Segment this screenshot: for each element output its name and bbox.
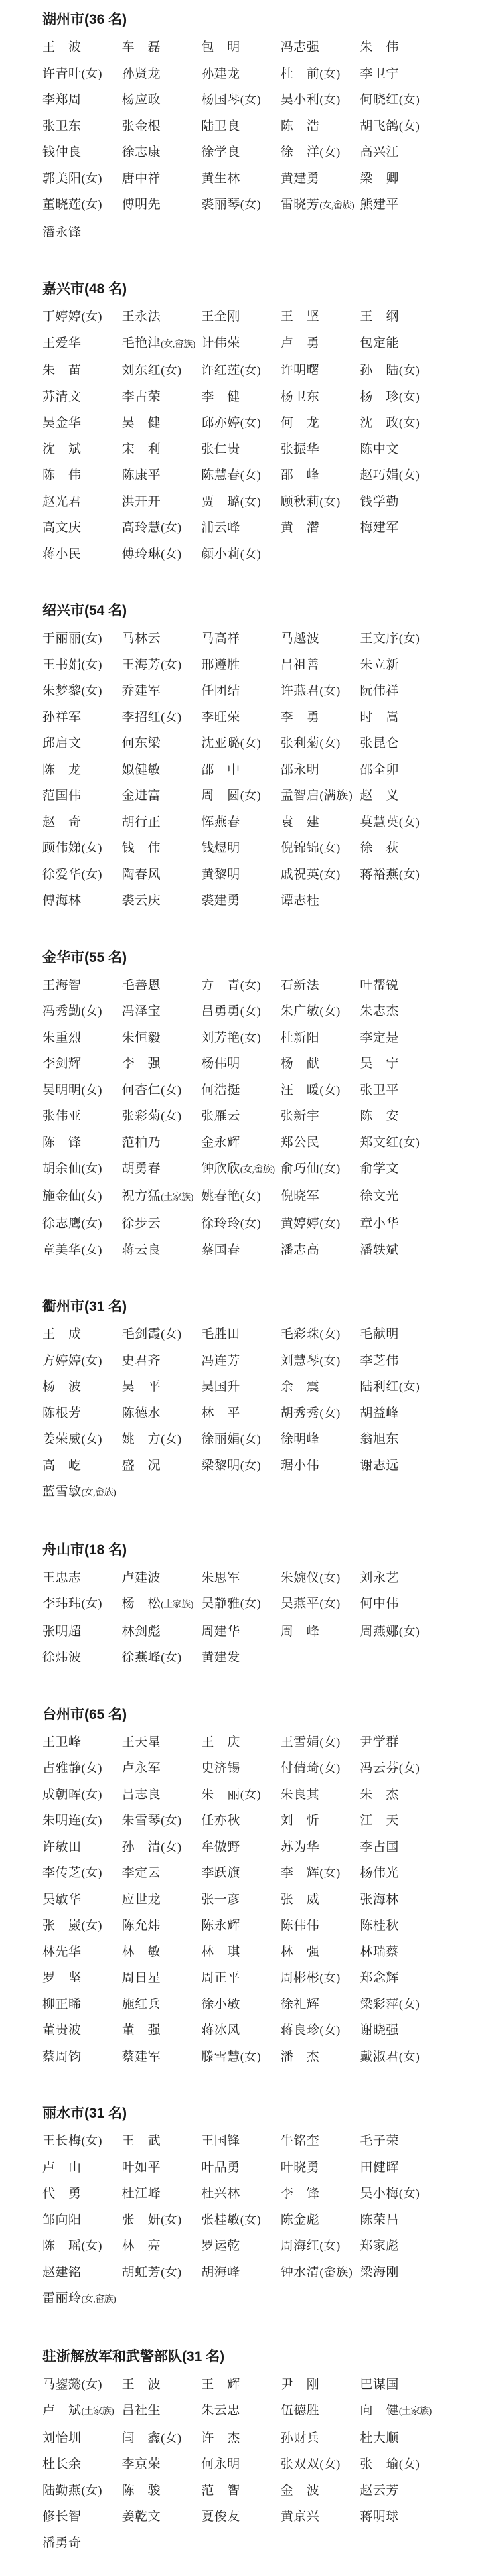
name-cell: 王文序(女) <box>360 626 439 652</box>
name-cell: 胡虹芳(女) <box>122 2260 202 2286</box>
name-cell: 徐文光 <box>360 1184 439 1211</box>
name-cell: 徐玲玲(女) <box>201 1211 281 1237</box>
name-cell: 杨 松(土家族) <box>122 1591 202 1619</box>
name-cell: 施金仙(女) <box>42 1184 122 1211</box>
name-cell: 王海芳(女) <box>122 652 202 679</box>
gender-ethnic-annotation: (女) <box>82 172 103 185</box>
name-cell: 俞巧仙(女) <box>281 1156 360 1184</box>
name-cell: 洪开开 <box>122 489 202 515</box>
name-cell: 陈 浩 <box>281 113 360 140</box>
gender-ethnic-annotation: (女) <box>319 495 341 508</box>
name-cell: 朱良其 <box>281 1782 360 1808</box>
name-cell: 孙 陆(女) <box>360 358 439 384</box>
name-cell: 卢 山 <box>42 2155 122 2181</box>
name-cell: 张昆仑 <box>360 730 439 757</box>
name-cell: 张卫东 <box>42 113 122 140</box>
name-cell: 林 强 <box>281 1939 360 1966</box>
name-cell: 卢永军 <box>122 1755 202 1782</box>
name-cell: 李玮玮(女) <box>42 1591 122 1619</box>
name-grid: 王忠志卢建波朱思军朱婉仪(女)刘永艺李玮玮(女)杨 松(土家族)吴静雅(女)吴燕… <box>42 1565 439 1671</box>
gender-ethnic-annotation: (土家族) <box>161 1600 193 1610</box>
gender-ethnic-annotation: (女) <box>399 2187 420 2200</box>
name-cell: 王书娟(女) <box>42 652 122 679</box>
name-cell: 李定云 <box>122 1860 202 1887</box>
name-cell: 沈 斌 <box>42 437 122 463</box>
gender-ethnic-annotation: (女) <box>82 2134 103 2147</box>
gender-ethnic-annotation: (女) <box>399 632 420 645</box>
name-cell: 余 震 <box>281 1374 360 1400</box>
name-cell: 马林云 <box>122 626 202 652</box>
name-cell: 蒋良珍(女) <box>281 2017 360 2044</box>
name-cell: 吴 宁 <box>360 1051 439 1077</box>
gender-ethnic-annotation: (女) <box>82 684 103 697</box>
name-cell: 邵 中 <box>201 757 281 783</box>
section-header: 金华市(55 名) <box>42 949 439 967</box>
name-cell: 陈康平 <box>122 462 202 489</box>
gender-ethnic-annotation: (女) <box>319 1217 341 1230</box>
name-cell: 李 辉(女) <box>281 1860 360 1887</box>
name-cell: 陈 瑶(女) <box>42 2233 122 2260</box>
name-cell: 范国伟 <box>42 783 122 809</box>
name-cell: 朱 丽(女) <box>201 1782 281 1808</box>
name-cell: 傅海林 <box>42 888 122 914</box>
name-cell: 吴 健 <box>122 410 202 437</box>
name-cell: 杜江峰 <box>122 2181 202 2207</box>
name-cell: 裘丽琴(女) <box>201 192 281 220</box>
name-cell: 胡海峰 <box>201 2260 281 2286</box>
name-cell: 陆卫良 <box>201 113 281 140</box>
gender-ethnic-annotation: (女) <box>399 1380 420 1393</box>
name-cell: 冯志强 <box>281 34 360 61</box>
name-cell: 时 嵩 <box>360 705 439 731</box>
gender-ethnic-annotation: (女) <box>161 658 182 671</box>
name-cell: 许青叶(女) <box>42 61 122 88</box>
name-cell: 徐 荻 <box>360 835 439 862</box>
name-cell: 傅明先 <box>122 192 202 220</box>
name-cell: 张 瑜(女) <box>360 2451 439 2478</box>
gender-ethnic-annotation: (女) <box>82 1788 103 1801</box>
gender-ethnic-annotation: (女) <box>82 310 103 323</box>
name-grid: 王 波车 磊包 明冯志强朱 伟许青叶(女)孙贤龙孙建龙杜 前(女)李卫宁李郑周杨… <box>42 34 439 245</box>
gender-ethnic-annotation: (女) <box>161 547 182 561</box>
name-cell: 徐明峰 <box>281 1426 360 1453</box>
name-cell: 刘永艺 <box>360 1565 439 1592</box>
gender-ethnic-annotation: (女,畲族) <box>82 2295 116 2305</box>
name-cell: 王卫峰 <box>42 1729 122 1756</box>
gender-ethnic-annotation: (女) <box>240 789 262 802</box>
name-cell: 何中伟 <box>360 1591 439 1619</box>
name-cell: 张 崴(女) <box>42 1913 122 1939</box>
name-cell: 孟智启(满族) <box>281 783 360 809</box>
name-cell: 陈德水 <box>122 1400 202 1427</box>
gender-ethnic-annotation: (女) <box>319 2239 341 2252</box>
name-cell: 傅玲琳(女) <box>122 541 202 568</box>
section-header: 衢州市(31 名) <box>42 1298 439 1316</box>
name-cell: 吴明明(女) <box>42 1077 122 1104</box>
name-cell: 祝方猛(土家族) <box>122 1184 202 1211</box>
name-cell: 梁黎明(女) <box>201 1453 281 1479</box>
city-section: 丽水市(31 名) 王长梅(女)王 武王国锋牛铭奎毛子荣卢 山叶如平叶品勇叶晓勇… <box>42 2104 439 2313</box>
name-cell: 董 强 <box>122 2017 202 2044</box>
name-cell: 李郑周 <box>42 87 122 113</box>
name-cell: 潘永锋 <box>42 220 122 246</box>
name-cell: 谭志桂 <box>281 888 360 914</box>
gender-ethnic-annotation: (女) <box>82 67 103 80</box>
gender-ethnic-annotation: (女) <box>399 468 420 482</box>
name-cell: 卢建波 <box>122 1565 202 1592</box>
name-cell: 向 健(土家族) <box>360 2398 439 2425</box>
gender-ethnic-annotation: (女) <box>399 1998 420 2011</box>
city-section: 嘉兴市(48 名) 丁婷婷(女)王永法王全刚王 坚王 纲王爱华毛艳津(女,畲族)… <box>42 280 439 567</box>
gender-ethnic-annotation: (女) <box>319 1327 341 1341</box>
name-cell: 金 波 <box>281 2478 360 2504</box>
name-cell: 张一彦 <box>201 1887 281 1913</box>
name-cell: 江 天 <box>360 1808 439 1834</box>
name-cell: 钱仲良 <box>42 139 122 166</box>
name-cell: 赵云芳 <box>360 2478 439 2504</box>
name-cell: 陈 骏 <box>122 2478 202 2504</box>
name-cell: 尹学群 <box>360 1729 439 1756</box>
name-cell: 胡秀秀(女) <box>281 1400 360 1427</box>
name-cell: 叶如平 <box>122 2155 202 2181</box>
gender-ethnic-annotation: (女) <box>319 1735 341 1749</box>
name-cell: 王雪娟(女) <box>281 1729 360 1756</box>
city-section: 湖州市(36 名) 王 波车 磊包 明冯志强朱 伟许青叶(女)孙贤龙孙建龙杜 前… <box>42 11 439 245</box>
name-cell: 钱学勤 <box>360 489 439 515</box>
gender-ethnic-annotation: (女) <box>82 1597 103 1610</box>
name-cell: 胡飞鸽(女) <box>360 113 439 140</box>
name-cell: 吴国升 <box>201 1374 281 1400</box>
name-grid: 于丽丽(女)马林云马高祥马越波王文序(女)王书娟(女)王海芳(女)邢遵胜吕祖善朱… <box>42 626 439 914</box>
name-cell: 浦云峰 <box>201 515 281 541</box>
name-grid: 丁婷婷(女)王永法王全刚王 坚王 纲王爱华毛艳津(女,畲族)计伟荣卢 勇包定能朱… <box>42 304 439 567</box>
name-cell: 吴金华 <box>42 410 122 437</box>
name-cell: 汪 暖(女) <box>281 1077 360 1104</box>
name-cell: 杨国琴(女) <box>201 87 281 113</box>
name-cell: 周日星 <box>122 1965 202 1992</box>
name-cell: 叶品勇 <box>201 2155 281 2181</box>
name-cell: 张双双(女) <box>281 2451 360 2478</box>
name-cell: 张仁贵 <box>201 437 281 463</box>
name-cell: 邹向阳 <box>42 2207 122 2234</box>
name-cell: 吴小利(女) <box>281 87 360 113</box>
name-cell: 朱志杰 <box>360 998 439 1025</box>
name-cell: 谢晓强 <box>360 2017 439 2044</box>
gender-ethnic-annotation: (女) <box>399 815 420 829</box>
gender-ethnic-annotation: (女) <box>240 495 262 508</box>
city-section: 衢州市(31 名) 王 成毛剑霞(女)毛胜田毛彩珠(女)毛献明方婷婷(女)史君齐… <box>42 1298 439 1507</box>
name-cell: 张海林 <box>360 1887 439 1913</box>
name-cell: 巴谋国 <box>360 2372 439 2398</box>
name-cell: 蒋冰风 <box>201 2017 281 2044</box>
name-grid: 王卫峰王天星王 庆王雪娟(女)尹学群占雅静(女)卢永军史济锡付倩琦(女)冯云芬(… <box>42 1729 439 2070</box>
name-cell: 高玲慧(女) <box>122 515 202 541</box>
gender-ethnic-annotation: (女) <box>82 1162 103 1175</box>
name-cell: 胡益峰 <box>360 1400 439 1427</box>
gender-ethnic-annotation: (女) <box>240 198 262 211</box>
name-cell: 钟欣欣(女,畲族) <box>201 1156 281 1184</box>
gender-ethnic-annotation: (女) <box>319 67 341 80</box>
name-cell: 毛彩珠(女) <box>281 1322 360 1348</box>
name-cell: 梁彩萍(女) <box>360 1992 439 2018</box>
name-cell: 任团结 <box>201 678 281 705</box>
name-cell: 陈荣昌 <box>360 2207 439 2234</box>
name-cell: 何永明 <box>201 2451 281 2478</box>
name-cell: 朱明连(女) <box>42 1808 122 1834</box>
section-header: 驻浙解放军和武警部队(31 名) <box>42 2348 439 2366</box>
name-cell: 吴静雅(女) <box>201 1591 281 1619</box>
name-cell: 尹 刚 <box>281 2372 360 2398</box>
name-cell: 沈亚璐(女) <box>201 730 281 757</box>
name-cell: 孙祥军 <box>42 705 122 731</box>
name-cell: 潘勇奇 <box>42 2530 122 2557</box>
gender-ethnic-annotation: (女) <box>319 2023 341 2037</box>
name-cell: 冯秀勤(女) <box>42 998 122 1025</box>
name-cell: 李定是 <box>360 1025 439 1051</box>
name-cell: 张 妍(女) <box>122 2207 202 2234</box>
name-cell: 杜新阳 <box>281 1025 360 1051</box>
gender-ethnic-annotation: (女) <box>240 468 262 482</box>
name-cell: 钟水清(畲族) <box>281 2260 360 2286</box>
name-cell: 吴小梅(女) <box>360 2181 439 2207</box>
name-cell: 张彩菊(女) <box>122 1103 202 1130</box>
name-cell: 杨 波 <box>42 1374 122 1400</box>
name-cell: 郑文红(女) <box>360 1130 439 1156</box>
name-cell: 田健晖 <box>360 2155 439 2181</box>
gender-ethnic-annotation: (女,畲族) <box>319 201 354 211</box>
gender-ethnic-annotation: (女) <box>240 1788 262 1801</box>
gender-ethnic-annotation: (女) <box>319 841 341 854</box>
name-cell: 王 武 <box>122 2128 202 2155</box>
name-cell: 许红莲(女) <box>201 358 281 384</box>
name-cell: 李剑辉 <box>42 1051 122 1077</box>
gender-ethnic-annotation: (女) <box>319 1866 341 1879</box>
name-cell: 恽燕春 <box>201 809 281 836</box>
name-cell: 范柏乃 <box>122 1130 202 1156</box>
name-cell: 周正平 <box>201 1965 281 1992</box>
name-cell: 王 成 <box>42 1322 122 1348</box>
name-cell: 张利菊(女) <box>281 730 360 757</box>
gender-ethnic-annotation: (女) <box>319 1571 341 1584</box>
name-cell: 吴 平 <box>122 1374 202 1400</box>
gender-ethnic-annotation: (女) <box>319 736 341 750</box>
name-cell: 邵全卯 <box>360 757 439 783</box>
gender-ethnic-annotation: (女) <box>82 1814 103 1827</box>
gender-ethnic-annotation: (女) <box>82 1354 103 1367</box>
name-cell: 叶晓勇 <box>281 2155 360 2181</box>
name-cell: 朱梦黎(女) <box>42 678 122 705</box>
name-cell: 于丽丽(女) <box>42 626 122 652</box>
name-cell: 何东梁 <box>122 730 202 757</box>
name-cell: 王国锋 <box>201 2128 281 2155</box>
gender-ethnic-annotation: (女) <box>319 1083 341 1097</box>
name-cell: 王 波 <box>122 2372 202 2398</box>
name-cell: 毛剑霞(女) <box>122 1322 202 1348</box>
name-cell: 毛胜田 <box>201 1322 281 1348</box>
name-cell: 罗 坚 <box>42 1965 122 1992</box>
section-header: 舟山市(18 名) <box>42 1541 439 1560</box>
name-cell: 徐志康 <box>122 139 202 166</box>
name-cell: 杜兴林 <box>201 2181 281 2207</box>
gender-ethnic-annotation: (女) <box>161 364 182 377</box>
name-cell: 朱雪琴(女) <box>122 1808 202 1834</box>
name-cell: 张明超 <box>42 1619 122 1645</box>
gender-ethnic-annotation: (女) <box>319 868 341 881</box>
name-cell: 李旺荣 <box>201 705 281 731</box>
name-cell: 方 青(女) <box>201 973 281 999</box>
gender-ethnic-annotation: (满族) <box>319 789 353 802</box>
gender-ethnic-annotation: (女) <box>319 1406 341 1420</box>
name-cell: 高 屹 <box>42 1453 122 1479</box>
gender-ethnic-annotation: (女) <box>240 979 262 992</box>
name-cell: 董贵波 <box>42 2017 122 2044</box>
gender-ethnic-annotation: (女) <box>82 1004 103 1018</box>
gender-ethnic-annotation: (土家族) <box>82 2407 114 2417</box>
name-cell: 林剑彪 <box>122 1619 202 1645</box>
name-cell: 张 威 <box>281 1887 360 1913</box>
name-cell: 林先华 <box>42 1939 122 1966</box>
gender-ethnic-annotation: (女) <box>240 416 262 429</box>
section-header: 台州市(65 名) <box>42 1706 439 1724</box>
name-cell: 梅建军 <box>360 515 439 541</box>
name-cell: 陆勤燕(女) <box>42 2478 122 2504</box>
city-section: 台州市(65 名) 王卫峰王天星王 庆王雪娟(女)尹学群占雅静(女)卢永军史济锡… <box>42 1706 439 2070</box>
name-cell: 金进富 <box>122 783 202 809</box>
name-cell: 闫 鑫(女) <box>122 2425 202 2452</box>
name-cell: 郑公民 <box>281 1130 360 1156</box>
name-cell: 吕社生 <box>122 2398 202 2425</box>
name-cell: 毛善恩 <box>122 973 202 999</box>
name-cell: 徐步云 <box>122 1211 202 1237</box>
gender-ethnic-annotation: (女) <box>319 1004 341 1018</box>
name-cell: 孙财兵 <box>281 2425 360 2452</box>
gender-ethnic-annotation: (女,畲族) <box>240 1165 275 1175</box>
name-cell: 翁旭东 <box>360 1426 439 1453</box>
name-cell: 陶春风 <box>122 862 202 888</box>
gender-ethnic-annotation: (女) <box>399 93 420 106</box>
gender-ethnic-annotation: (女) <box>399 2050 420 2063</box>
name-cell: 金永辉 <box>201 1130 281 1156</box>
name-cell: 郑念辉 <box>360 1965 439 1992</box>
name-cell: 徐丽娟(女) <box>201 1426 281 1453</box>
gender-ethnic-annotation: (女) <box>399 119 420 133</box>
name-cell: 袁 建 <box>281 809 360 836</box>
name-cell: 颜小莉(女) <box>201 541 281 568</box>
gender-ethnic-annotation: (女) <box>399 1625 420 1638</box>
name-cell: 贾 璐(女) <box>201 489 281 515</box>
name-cell: 梁 卿 <box>360 166 439 192</box>
name-cell: 周燕娜(女) <box>360 1619 439 1645</box>
name-cell: 潘志高 <box>281 1237 360 1264</box>
gender-ethnic-annotation: (女) <box>82 198 103 211</box>
name-cell: 张振华 <box>281 437 360 463</box>
name-cell: 王 辉 <box>201 2372 281 2398</box>
gender-ethnic-annotation: (女) <box>399 1761 420 1775</box>
city-section: 金华市(55 名) 王海智毛善恩方 青(女)石新法叶帮锐冯秀勤(女)冯泽宝吕勇勇… <box>42 949 439 1264</box>
name-cell: 陈慧春(女) <box>201 462 281 489</box>
gender-ethnic-annotation: (女,畲族) <box>161 340 195 350</box>
name-cell: 李京荣 <box>122 2451 202 2478</box>
name-cell: 柳正晞 <box>42 1992 122 2018</box>
name-cell: 阮伟祥 <box>360 678 439 705</box>
name-cell: 雷丽玲(女,畲族) <box>42 2285 122 2313</box>
name-cell: 车 磊 <box>122 34 202 61</box>
name-cell: 胡行正 <box>122 809 202 836</box>
name-cell: 丁婷婷(女) <box>42 304 122 330</box>
gender-ethnic-annotation: (畲族) <box>319 2266 353 2279</box>
name-cell: 王 坚 <box>281 304 360 330</box>
name-cell: 顾秋莉(女) <box>281 489 360 515</box>
name-cell: 毛子荣 <box>360 2128 439 2155</box>
gender-ethnic-annotation: (女) <box>82 2239 103 2252</box>
name-cell: 何杏仁(女) <box>122 1077 202 1104</box>
name-cell: 梁海刚 <box>360 2260 439 2286</box>
name-cell: 夏俊友 <box>201 2504 281 2530</box>
name-cell: 王 波 <box>42 34 122 61</box>
name-cell: 刘芳艳(女) <box>201 1025 281 1051</box>
gender-ethnic-annotation: (女) <box>161 2213 182 2226</box>
name-cell: 赵建铭 <box>42 2260 122 2286</box>
name-cell: 张桂敏(女) <box>201 2207 281 2234</box>
gender-ethnic-annotation: (女) <box>161 1109 182 1122</box>
name-cell: 马越波 <box>281 626 360 652</box>
name-cell: 陈桂秋 <box>360 1913 439 1939</box>
gender-ethnic-annotation: (女) <box>240 2213 262 2226</box>
gender-ethnic-annotation: (女) <box>240 1217 262 1230</box>
gender-ethnic-annotation: (女) <box>161 1651 182 1664</box>
name-cell: 杜大顺 <box>360 2425 439 2452</box>
city-section: 驻浙解放军和武警部队(31 名) 马鋆懿(女)王 波王 辉尹 刚巴谋国卢 斌(土… <box>42 2348 439 2557</box>
name-cell: 邵永明 <box>281 757 360 783</box>
name-cell: 徐炜波 <box>42 1645 122 1671</box>
name-cell: 许 杰 <box>201 2425 281 2452</box>
name-cell: 胡余仙(女) <box>42 1156 122 1184</box>
name-cell: 高文庆 <box>42 515 122 541</box>
name-cell: 赵 义 <box>360 783 439 809</box>
gender-ethnic-annotation: (女) <box>240 1004 262 1018</box>
name-cell: 李 锋 <box>281 2181 360 2207</box>
name-cell: 赵巧娟(女) <box>360 462 439 489</box>
name-cell: 徐学良 <box>201 139 281 166</box>
name-cell: 张雁云 <box>201 1103 281 1130</box>
name-cell: 倪锦锦(女) <box>281 835 360 862</box>
name-cell: 邱启文 <box>42 730 122 757</box>
name-cell: 徐 洋(女) <box>281 139 360 166</box>
name-cell: 高兴江 <box>360 139 439 166</box>
name-grid: 王海智毛善恩方 青(女)石新法叶帮锐冯秀勤(女)冯泽宝吕勇勇(女)朱广敏(女)朱… <box>42 973 439 1264</box>
name-cell: 周 峰 <box>281 1619 360 1645</box>
name-cell: 卢 斌(土家族) <box>42 2398 122 2425</box>
name-cell: 冯连芳 <box>201 1348 281 1375</box>
name-cell: 杜 前(女) <box>281 61 360 88</box>
name-cell: 黄黎明 <box>201 862 281 888</box>
gender-ethnic-annotation: (女) <box>82 2378 103 2391</box>
gender-ethnic-annotation: (女) <box>161 1083 182 1097</box>
name-cell: 盛 况 <box>122 1453 202 1479</box>
name-cell: 朱云忠 <box>201 2398 281 2425</box>
name-cell: 孙建龙 <box>201 61 281 88</box>
gender-ethnic-annotation: (女) <box>319 1761 341 1775</box>
name-cell: 陈中文 <box>360 437 439 463</box>
name-cell: 冯泽宝 <box>122 998 202 1025</box>
name-cell: 吕祖善 <box>281 652 360 679</box>
gender-ethnic-annotation: (女) <box>82 1432 103 1446</box>
name-cell: 杨伟明 <box>201 1051 281 1077</box>
name-cell: 钱煜明 <box>201 835 281 862</box>
name-cell: 刘 忻 <box>281 1808 360 1834</box>
name-cell: 章美华(女) <box>42 1237 122 1264</box>
gender-ethnic-annotation: (女) <box>240 547 262 561</box>
